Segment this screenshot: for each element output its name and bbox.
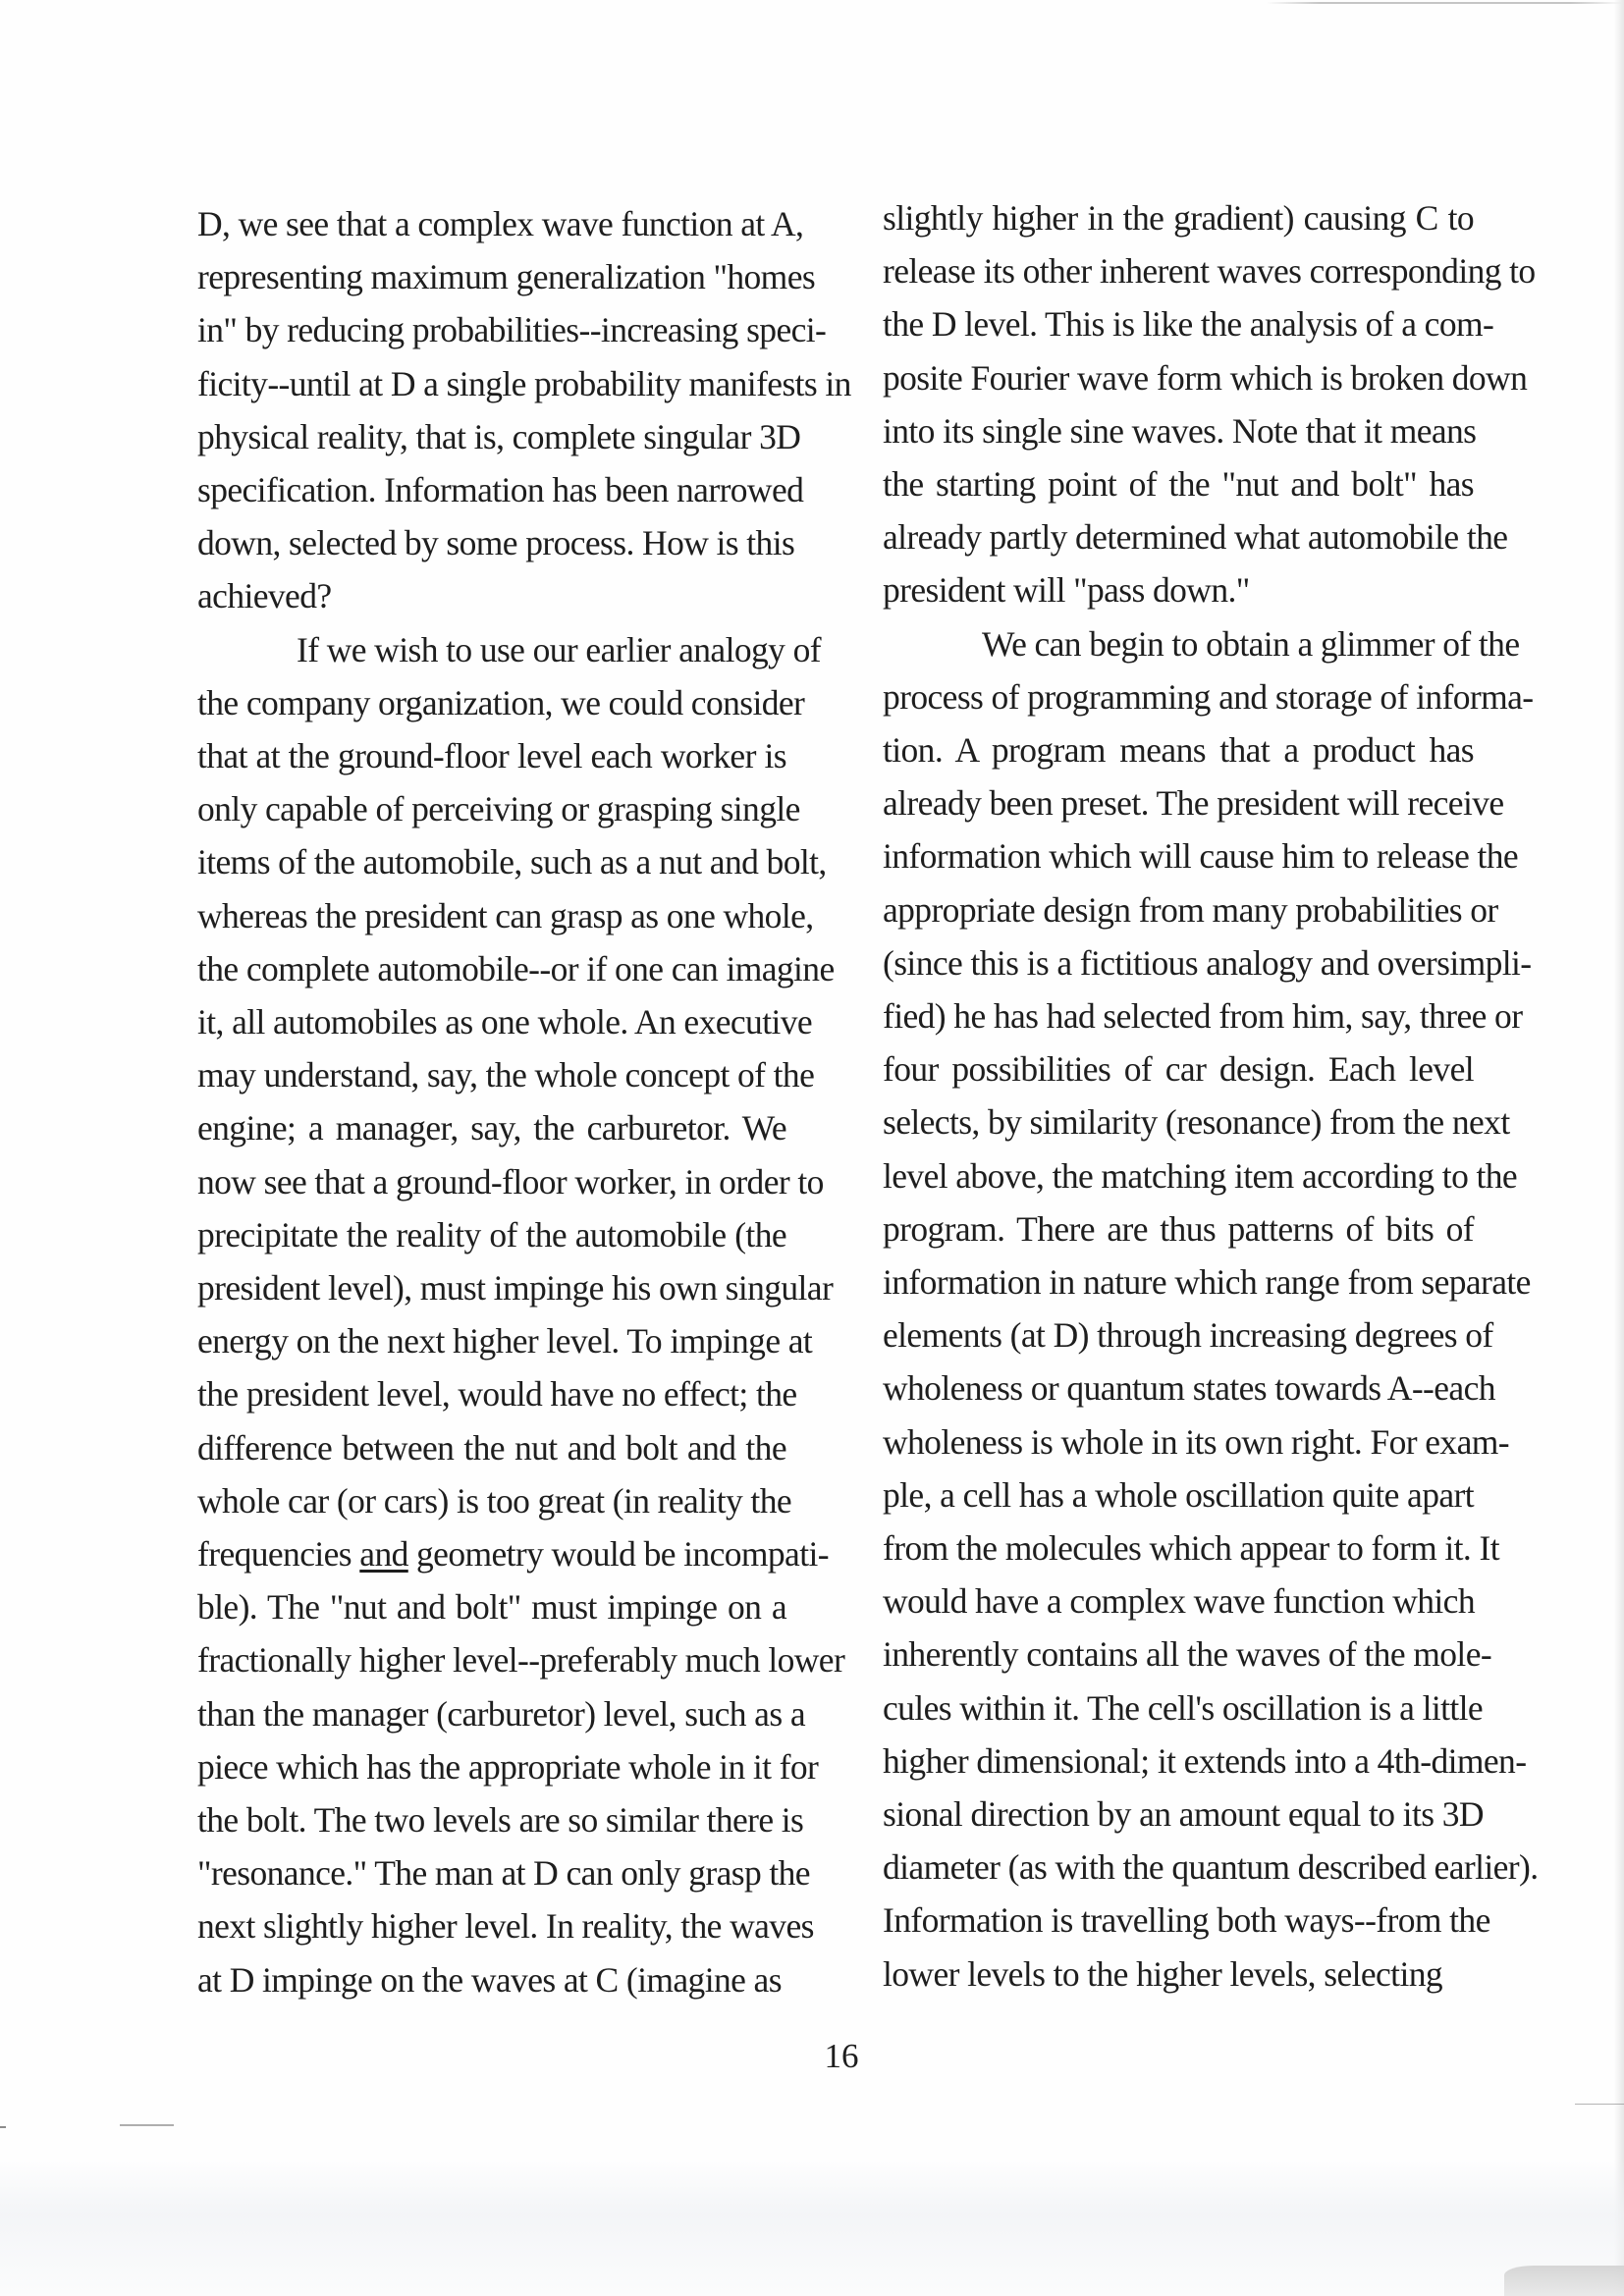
scan-artifact-edge-mark: [0, 2126, 6, 2128]
text-line: down, selected by some process. How is t…: [197, 516, 786, 569]
text-line: already partly determined what automobil…: [883, 510, 1474, 563]
text-line: "resonance." The man at D can only grasp…: [197, 1846, 786, 1899]
text-line: the D level. This is like the analysis o…: [883, 297, 1474, 350]
text-line: Information is travelling both ways--fro…: [883, 1894, 1474, 1947]
text-line: wholeness is whole in its own right. For…: [883, 1415, 1474, 1468]
text-line: ficity--until at D a single probability …: [197, 357, 786, 410]
text-line: ple, a cell has a whole oscillation quit…: [883, 1468, 1474, 1522]
text-line: representing maximum generalization "hom…: [197, 250, 786, 303]
text-line: already been preset. The president will …: [883, 776, 1474, 829]
text-line: the president level, would have no effec…: [197, 1367, 786, 1420]
text-line: achieved?: [197, 569, 786, 622]
text-line: the starting point of the "nut and bolt"…: [883, 457, 1474, 510]
text-line: sional direction by an amount equal to i…: [883, 1788, 1474, 1841]
text-line: four possibilities of car design. Each l…: [883, 1042, 1474, 1095]
text-line: whole car (or cars) is too great (in rea…: [197, 1474, 786, 1527]
text-line: would have a complex wave function which: [883, 1575, 1474, 1628]
text-line: the bolt. The two levels are so similar …: [197, 1793, 786, 1846]
text-line: posite Fourier wave form which is broken…: [883, 351, 1474, 404]
text-line: specification. Information has been narr…: [197, 463, 786, 516]
text-line: fractionally higher level--preferably mu…: [197, 1633, 786, 1686]
scan-artifact-bottom-right-line: [1575, 2104, 1624, 2105]
text-line: release its other inherent waves corresp…: [883, 244, 1474, 297]
text-line: higher dimensional; it extends into a 4t…: [883, 1735, 1474, 1788]
text-line: now see that a ground-floor worker, in o…: [197, 1155, 786, 1208]
text-line: it, all automobiles as one whole. An exe…: [197, 995, 786, 1048]
text-line: into its single sine waves. Note that it…: [883, 404, 1474, 457]
underlined-emphasis: and: [359, 1534, 407, 1574]
text-line: piece which has the appropriate whole in…: [197, 1740, 786, 1793]
text-line: difference between the nut and bolt and …: [197, 1421, 786, 1474]
text-line: cules within it. The cell's oscillation …: [883, 1682, 1474, 1735]
text-line: physical reality, that is, complete sing…: [197, 410, 786, 463]
scan-artifact-bottom-shadow: [0, 2160, 1624, 2296]
page-number: 16: [802, 2032, 881, 2081]
text-line: at D impinge on the waves at C (imagine …: [197, 1953, 786, 2006]
text-line: may understand, say, the whole concept o…: [197, 1048, 786, 1101]
text-line: the company organization, we could consi…: [197, 676, 786, 729]
text-line: elements (at D) through increasing degre…: [883, 1308, 1474, 1362]
text-line: We can begin to obtain a glimmer of the: [883, 617, 1474, 670]
text-line: than the manager (carburetor) level, suc…: [197, 1687, 786, 1740]
text-line: the complete automobile--or if one can i…: [197, 942, 786, 995]
text-line: that at the ground-floor level each work…: [197, 729, 786, 782]
text-line: president level), must impinge his own s…: [197, 1261, 786, 1314]
text-line: information which will cause him to rele…: [883, 829, 1474, 882]
scan-artifact-top-line: [1267, 2, 1624, 4]
text-line: lower levels to the higher levels, selec…: [883, 1948, 1474, 2001]
text-line: fied) he has had selected from him, say,…: [883, 989, 1474, 1042]
text-line: level above, the matching item according…: [883, 1149, 1474, 1202]
text-line: president will "pass down.": [883, 563, 1474, 616]
scan-artifact-bottom-left-line: [120, 2124, 174, 2126]
text-line: diameter (as with the quantum described …: [883, 1841, 1474, 1894]
text-line: appropriate design from many probabiliti…: [883, 883, 1474, 936]
text-line: information in nature which range from s…: [883, 1255, 1474, 1308]
text-line: tion. A program means that a product has: [883, 723, 1474, 776]
text-line: next slightly higher level. In reality, …: [197, 1899, 786, 1952]
text-line: precipitate the reality of the automobil…: [197, 1208, 786, 1261]
text-line: inherently contains all the waves of the…: [883, 1628, 1474, 1681]
text-line: slightly higher in the gradient) causing…: [883, 191, 1474, 244]
text-line: from the molecules which appear to form …: [883, 1522, 1474, 1575]
scanned-page: D, we see that a complex wave function a…: [0, 0, 1624, 2296]
text-line: whereas the president can grasp as one w…: [197, 889, 786, 942]
text-line: frequencies and geometry would be incomp…: [197, 1527, 786, 1580]
text-line: engine; a manager, say, the carburetor. …: [197, 1101, 786, 1154]
text-line: only capable of perceiving or grasping s…: [197, 782, 786, 835]
scan-artifact-page-corner: [1504, 2266, 1624, 2296]
text-line: in" by reducing probabilities--increasin…: [197, 303, 786, 356]
text-line: program. There are thus patterns of bits…: [883, 1202, 1474, 1255]
text-line: (since this is a fictitious analogy and …: [883, 936, 1474, 989]
text-line: process of programming and storage of in…: [883, 670, 1474, 723]
text-line: items of the automobile, such as a nut a…: [197, 835, 786, 888]
scan-artifact-right-edge: [1614, 0, 1624, 2296]
text-line: selects, by similarity (resonance) from …: [883, 1095, 1474, 1148]
text-line: If we wish to use our earlier analogy of: [197, 623, 786, 676]
text-line: ble). The "nut and bolt" must impinge on…: [197, 1580, 786, 1633]
text-line: wholeness or quantum states towards A--e…: [883, 1362, 1474, 1415]
text-line: energy on the next higher level. To impi…: [197, 1314, 786, 1367]
text-line: D, we see that a complex wave function a…: [197, 197, 786, 250]
